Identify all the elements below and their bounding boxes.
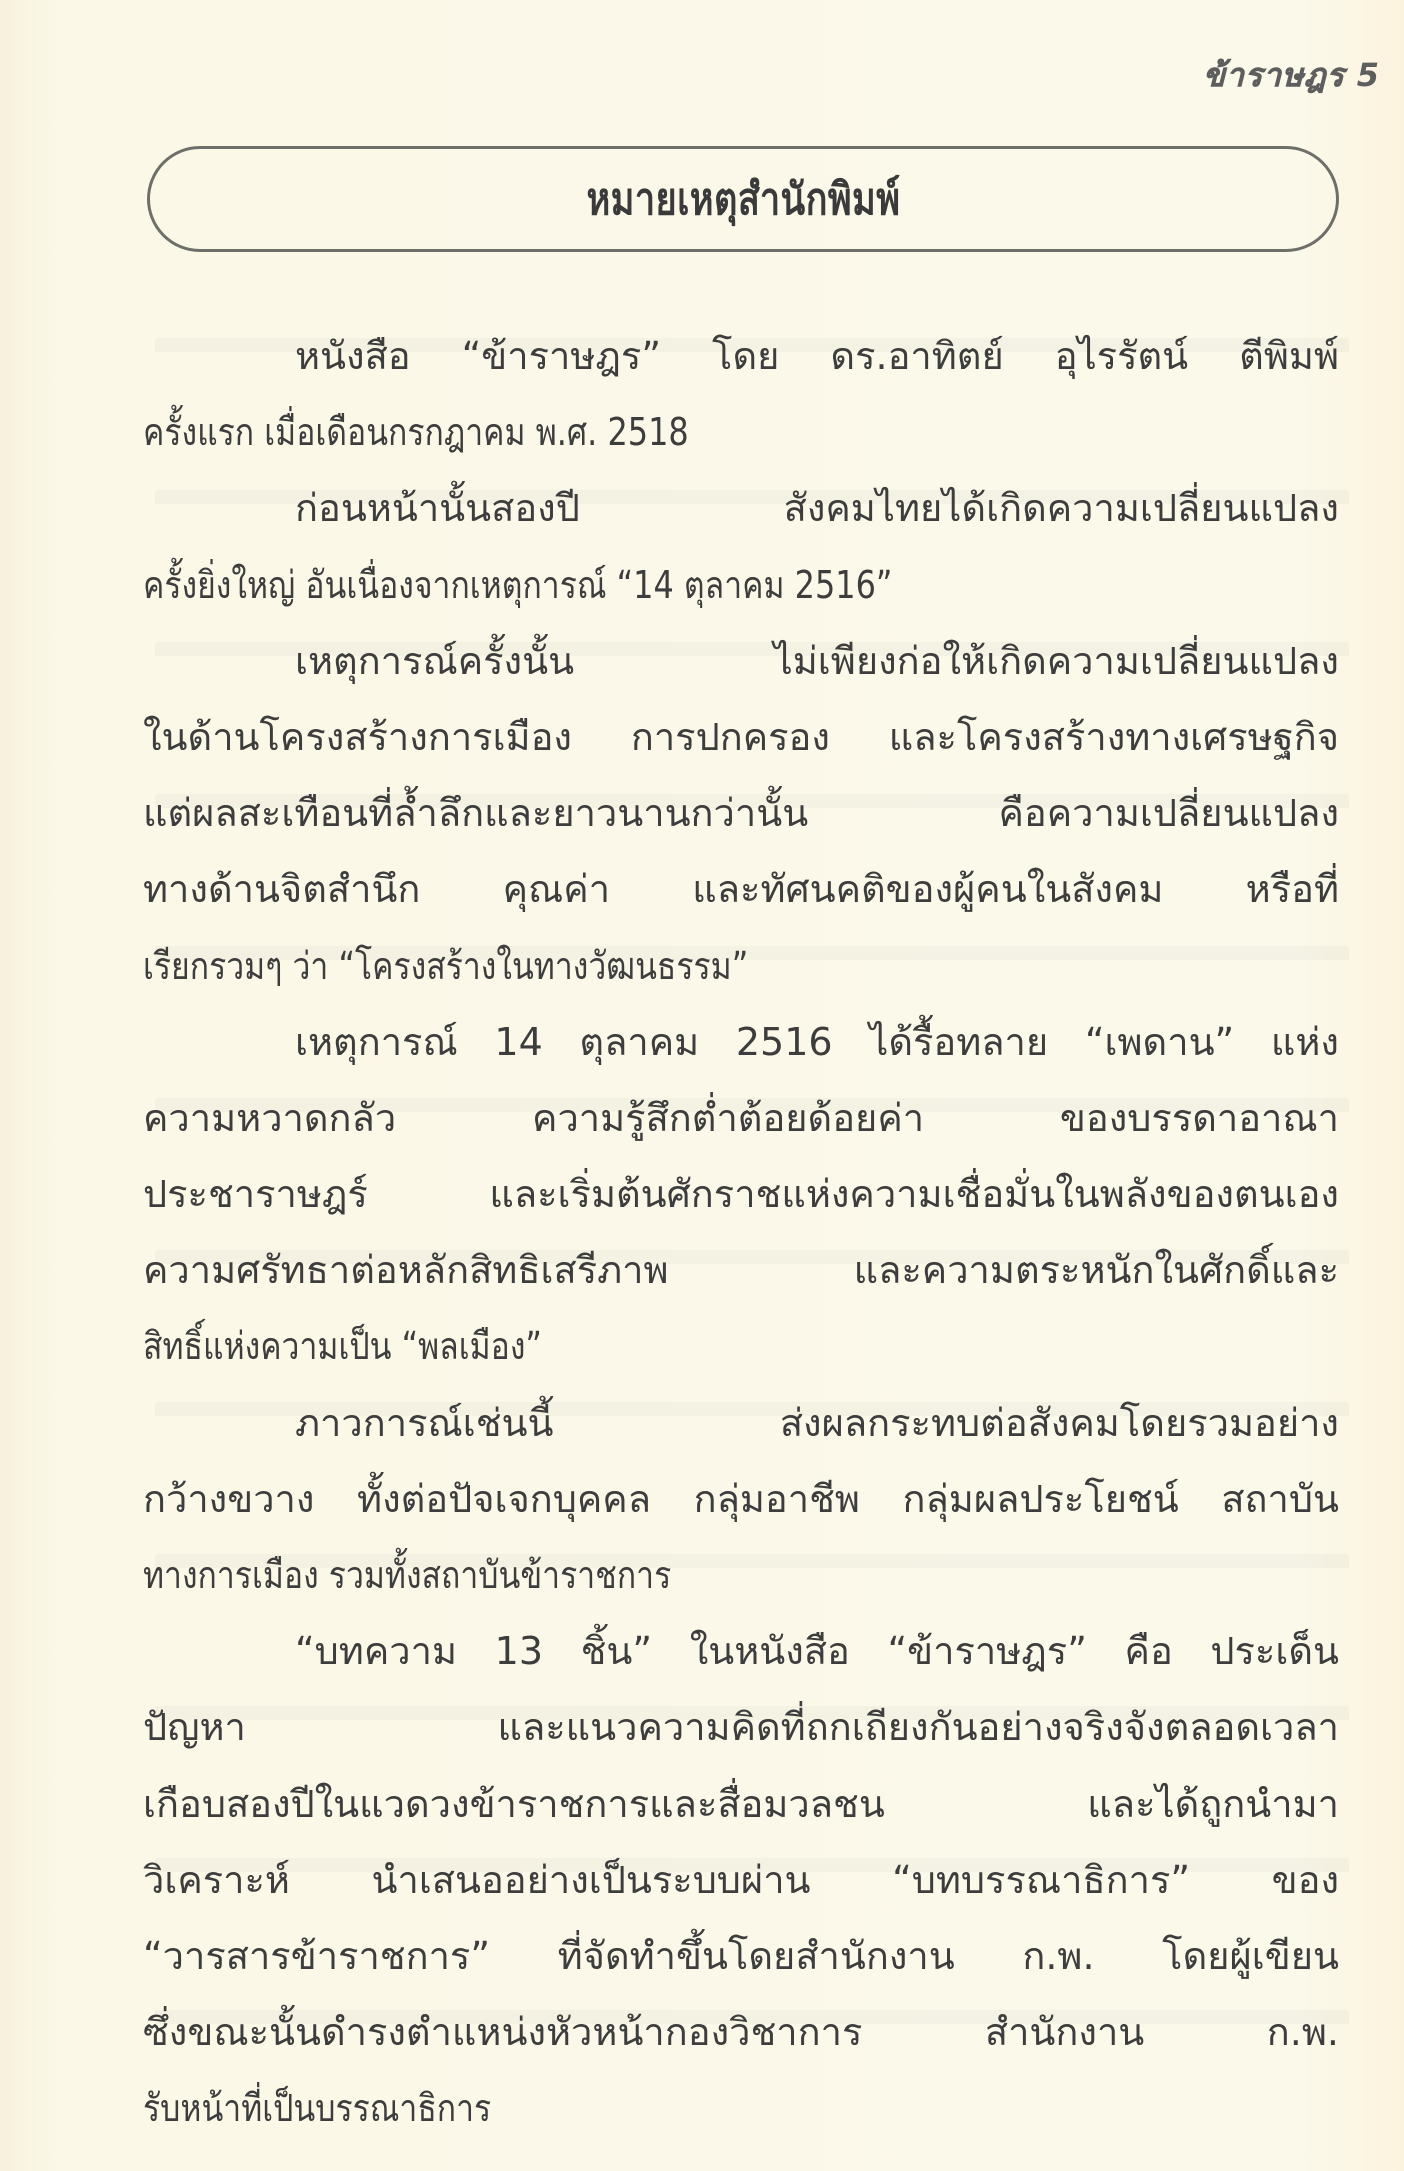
text-line: ความหวาดกลัว ความรู้สึกต่ำต้อยด้อยค่า ขอ… [143,1080,1339,1156]
text-line: “วารสารข้าราชการ” ที่จัดทำขึ้นโดยสำนักงา… [143,1918,1339,1994]
text-line: สิทธิ์แห่งความเป็น “พลเมือง” [143,1308,1339,1384]
text-line: ในด้านโครงสร้างการเมือง การปกครอง และโคร… [143,699,1339,775]
text-line: ปัญหา และแนวความคิดที่ถกเถียงกันอย่างจริ… [143,1689,1339,1765]
page-number: 5 [1357,56,1380,94]
text-line: “บทความ 13 ชิ้น” ในหนังสือ “ข้าราษฎร” คื… [143,1613,1339,1689]
text-line: หนังสือ “ข้าราษฎร” โดย ดร.อาทิตย์ อุไรรั… [143,318,1339,394]
text-line: วิเคราะห์ นำเสนออย่างเป็นระบบผ่าน “บทบรร… [143,1842,1339,1918]
body-text: หนังสือ “ข้าราษฎร” โดย ดร.อาทิตย์ อุไรรั… [143,318,1339,2147]
text-line: กว้างขวาง ทั้งต่อปัจเจกบุคคล กลุ่มอาชีพ … [143,1461,1339,1537]
section-title-box: หมายเหตุสำนักพิมพ์ [147,146,1339,252]
text-line: ซึ่งขณะนั้นดำรงตำแหน่งหัวหน้ากองวิชาการ … [143,1994,1339,2070]
section-title: หมายเหตุสำนักพิมพ์ [586,164,900,234]
book-title-logo: ข้าราษฎร [1203,50,1345,101]
text-line: ทางการเมือง รวมทั้งสถาบันข้าราชการ [143,1537,1339,1613]
text-line: ภาวการณ์เช่นนี้ ส่งผลกระทบต่อสังคมโดยรวม… [143,1385,1339,1461]
text-line: ก่อนหน้านั้นสองปี สังคมไทยได้เกิดความเปล… [143,470,1339,546]
text-line: ทางด้านจิตสำนึก คุณค่า และทัศนคติของผู้ค… [143,851,1339,927]
text-line: เกือบสองปีในแวดวงข้าราชการและสื่อมวลชน แ… [143,1766,1339,1842]
text-line: ประชาราษฎร์ และเริ่มต้นศักราชแห่งความเชื… [143,1156,1339,1232]
text-line: ความศรัทธาต่อหลักสิทธิเสรีภาพ และความตระ… [143,1232,1339,1308]
text-line: รับหน้าที่เป็นบรรณาธิการ [143,2070,1339,2146]
text-line: เหตุการณ์ 14 ตุลาคม 2516 ได้รื้อทลาย “เพ… [143,1004,1339,1080]
book-page: ข้าราษฎร 5 หมายเหตุสำนักพิมพ์ หนังสือ “ข… [0,0,1404,2171]
text-line: ครั้งยิ่งใหญ่ อันเนื่องจากเหตุการณ์ “14 … [143,547,1339,623]
text-line: เรียกรวมๆ ว่า “โครงสร้างในทางวัฒนธรรม” [143,928,1339,1004]
running-head: ข้าราษฎร 5 [1203,50,1380,101]
text-line: แต่ผลสะเทือนที่ล้ำลึกและยาวนานกว่านั้น ค… [143,775,1339,851]
text-line: เหตุการณ์ครั้งนั้น ไม่เพียงก่อให้เกิดควา… [143,623,1339,699]
text-line: ครั้งแรก เมื่อเดือนกรกฎาคม พ.ศ. 2518 [143,394,1339,470]
